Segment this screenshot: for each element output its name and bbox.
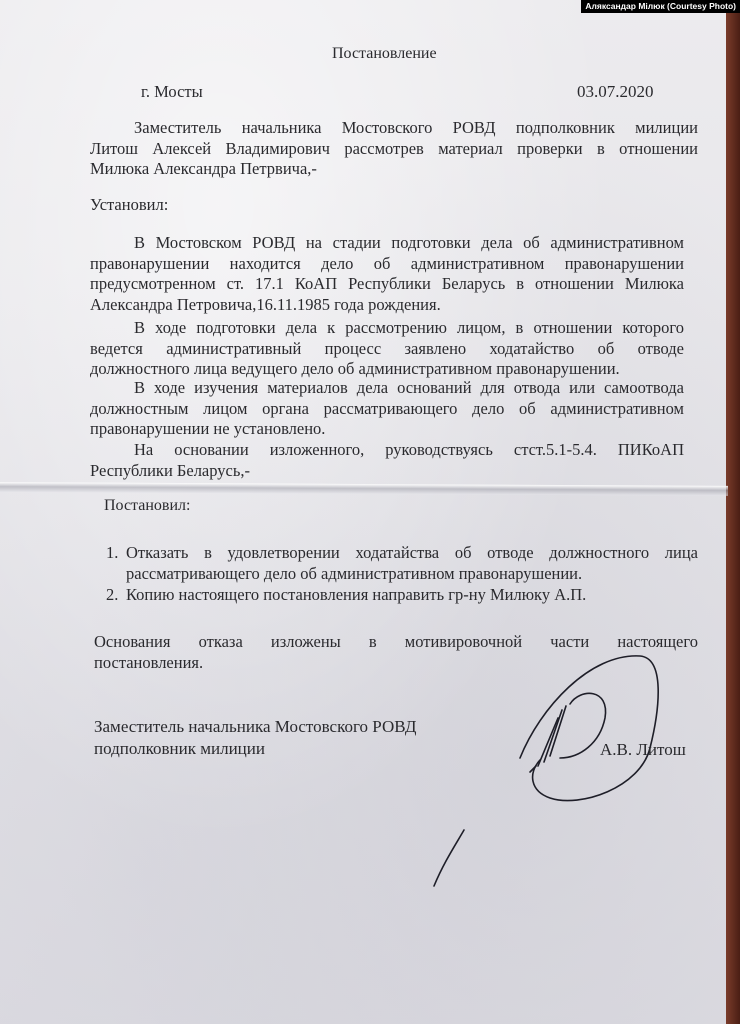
resolution-text: Копию настоящего постановления направить…: [126, 585, 586, 604]
signatory-position: Заместитель начальника Мостовского РОВД …: [94, 716, 417, 760]
signatory-position-line: Заместитель начальника Мостовского РОВД: [94, 716, 417, 738]
document-city: г. Мосты: [141, 82, 203, 103]
paragraph-line: правонарушении не установлено.: [90, 419, 684, 440]
intro-line: Милюка Александра Петрвича,-: [90, 159, 698, 180]
resolution-item: 2. Копию настоящего постановления направ…: [106, 584, 698, 605]
established-heading: Установил:: [90, 195, 168, 216]
paragraph-line: ведется административный процесс заявлен…: [90, 339, 684, 360]
resolution-text: Отказать в удовлетворении ходатайства об…: [126, 543, 698, 583]
signatory-position-line: подполковник милиции: [94, 738, 417, 760]
resolved-heading: Постановил:: [104, 496, 190, 517]
photo-credit: Аляксандар Мілюк (Courtesy Photo): [581, 0, 740, 13]
pen-mark-icon: [428, 826, 468, 890]
paragraph-4: На основании изложенного, руководствуясь…: [90, 440, 684, 481]
document-date: 03.07.2020: [577, 82, 654, 103]
handwritten-signature-icon: [500, 648, 670, 808]
resolution-number: 2.: [106, 584, 118, 605]
paragraph-line: правонарушении находится дело об админис…: [90, 254, 684, 275]
resolution-number: 1.: [106, 542, 118, 563]
resolutions-list: 1. Отказать в удовлетворении ходатайства…: [106, 542, 698, 605]
background-table-edge: [726, 0, 740, 1024]
paragraph-line: должностным лицом органа рассматривающег…: [90, 399, 684, 420]
paragraph-line: должностного лица ведущего дело об админ…: [90, 359, 684, 380]
paragraph-3: В ходе изучения материалов дела основани…: [90, 378, 684, 440]
resolution-item: 1. Отказать в удовлетворении ходатайства…: [106, 542, 698, 584]
intro-line: Заместитель начальника Мостовского РОВД …: [90, 118, 698, 139]
paragraph-2: В ходе подготовки дела к рассмотрению ли…: [90, 318, 684, 380]
paragraph-1: В Мостовском РОВД на стадии подготовки д…: [90, 233, 684, 315]
paragraph-line: В ходе подготовки дела к рассмотрению ли…: [90, 318, 684, 339]
paragraph-line: Александра Петровича,16.11.1985 года рож…: [90, 295, 684, 316]
paragraph-line: предусмотренном ст. 17.1 КоАП Республики…: [90, 274, 684, 295]
paragraph-line: В ходе изучения материалов дела основани…: [90, 378, 684, 399]
paragraph-line: В Мостовском РОВД на стадии подготовки д…: [90, 233, 684, 254]
intro-line: Литош Алексей Владимирович рассмотрев ма…: [90, 139, 698, 160]
paragraph-line: На основании изложенного, руководствуясь…: [90, 440, 684, 461]
intro-paragraph: Заместитель начальника Мостовского РОВД …: [90, 118, 698, 180]
signatory-name: А.В. Литош: [600, 740, 686, 761]
document-title: Постановление: [332, 44, 437, 65]
paragraph-line: Республики Беларусь,-: [90, 461, 684, 482]
